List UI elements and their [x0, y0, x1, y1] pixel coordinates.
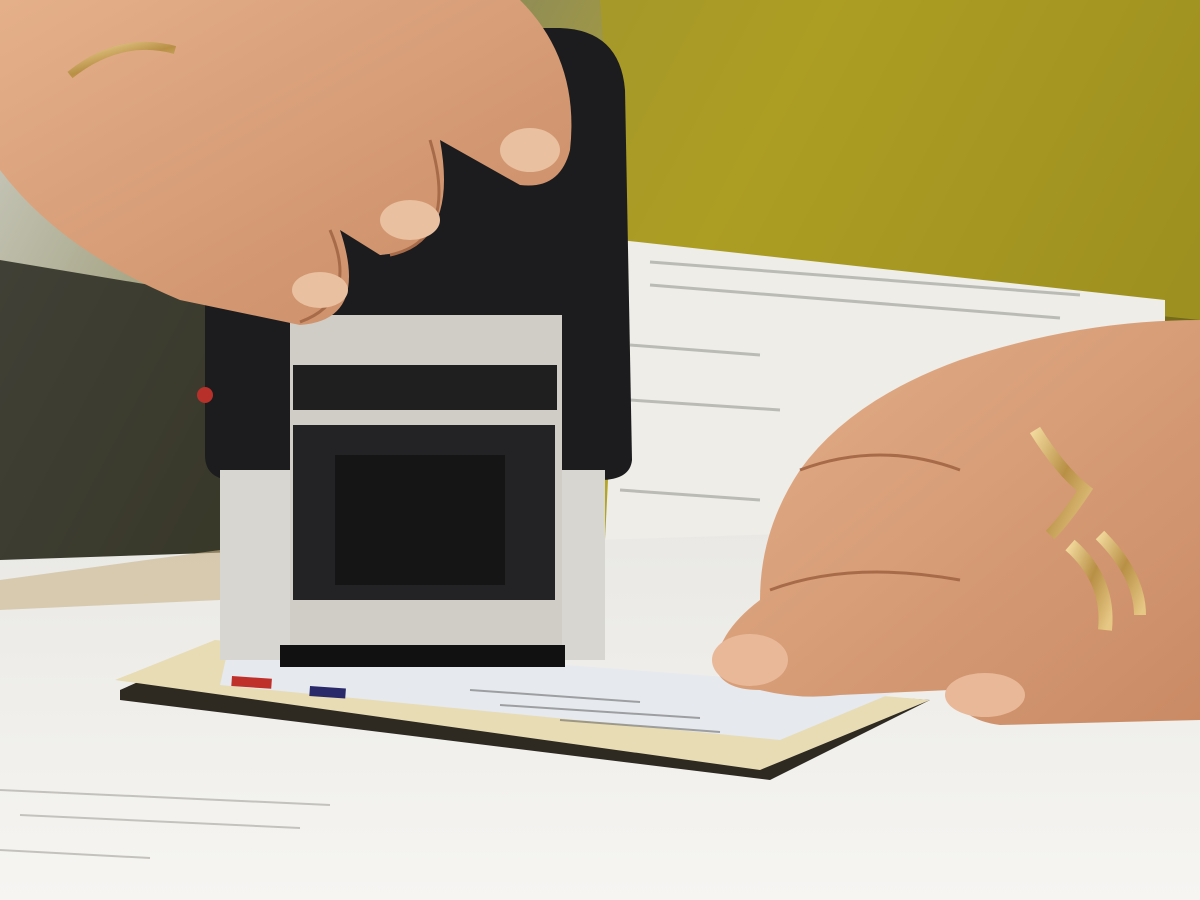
photo-illustration [0, 0, 1200, 900]
photo-scene: Close-up photo of a hand pressing a blac… [0, 0, 1200, 900]
